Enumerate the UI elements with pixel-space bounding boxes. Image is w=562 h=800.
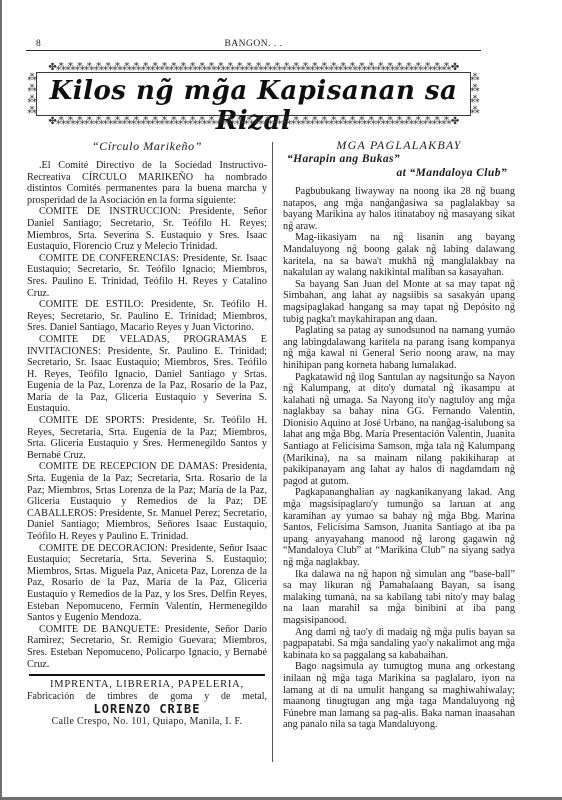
article-paragraph: Pagbubukang liwayway na noong ika 28 ng̃… (283, 186, 515, 232)
ad-address: Calle Crespo, No. 101, Quiapo, Manila, I… (27, 716, 267, 728)
ad-business-name: LORENZO CRIBE (27, 703, 267, 716)
article-paragraph: Ang dami ng̃ tao'y di madaig ng̃ mg̃a pu… (283, 627, 515, 662)
article-paragraph: Bago nagsimula ay tumugtog muna ang orke… (283, 661, 515, 731)
banner-ornament-box: ✤⁂⁂⁂⁂⁂⁂⁂⁂⁂⁂⁂⁂⁂⁂⁂⁂⁂⁂⁂⁂⁂⁂⁂⁂⁂⁂⁂⁂⁂⁂⁂⁂⁂⁂⁂⁂⁂⁂⁂… (26, 62, 481, 128)
page-frame-left (0, 0, 2, 800)
article-paragraph: COMITE DE INSTRUCCION: Presidente, Señor… (27, 206, 267, 252)
article-paragraph: Mag-iikasiyam na ng̃ lisanin ang bayang … (283, 232, 515, 278)
header-rule (26, 50, 481, 51)
article-paragraph: COMITE DE CONFERENCIAS: Presidente, Sr. … (27, 253, 267, 299)
ad-services: IMPRENTA, LIBRERIA, PAPELERIA, (27, 679, 267, 691)
running-head: 8 BANGON. . . (26, 36, 481, 50)
article-circulo-marikeno: “Círculo Marikeño” .El Comité Directivo … (27, 138, 267, 728)
article-subtitle: at “Mandaloya Club” (283, 166, 515, 180)
ornament-border-bottom-icon: ✤⁂⁂⁂⁂⁂⁂⁂⁂⁂⁂⁂⁂⁂⁂⁂⁂⁂⁂⁂⁂⁂⁂⁂⁂⁂⁂⁂⁂⁂⁂⁂⁂⁂⁂⁂⁂⁂⁂⁂… (26, 116, 481, 128)
column-divider (272, 142, 273, 762)
article-paragraph: Ika dalawa na ng̃ hapon ng̃ simulan ang … (283, 569, 515, 627)
article-paragraph: COMITE DE VELADAS, PROGRAMAS E INVITACIO… (27, 334, 267, 415)
article-paragraph: Sa bayang San Juan del Monte at sa may t… (283, 279, 515, 325)
publication-name: BANGON. . . (26, 39, 481, 49)
article-paragraph: Pagkatawid ng̃ ilog Santulan ay nagsitun… (283, 372, 515, 488)
ornament-border-right-icon: ⁂ ⁂ ⁂ ⁂ (470, 72, 480, 116)
article-paragraph: Paglating sa patag ay sunodsunod na nama… (283, 325, 515, 371)
article-paragraph: COMITE DE RECEPCION DE DAMAS: Presidenta… (27, 461, 267, 542)
advertisement: IMPRENTA, LIBRERIA, PAPELERIA, Fabricaci… (27, 679, 267, 728)
article-subtitle: “Harapin ang Bukas” (283, 152, 515, 166)
article-paragraph: Pagkapananghalian ay nagkanikanyang laka… (283, 487, 515, 568)
advertisement-rule (29, 674, 265, 676)
article-paragraph: COMITE DE SPORTS: Presidente, Sr. Teófil… (27, 415, 267, 461)
article-paragraph: COMITE DE DECORACION: Presidente, Señor … (27, 543, 267, 624)
article-paragraph: COMITE DE BANQUETE: Presidente, Señor Da… (27, 624, 267, 670)
article-title: MGA PAGLALAKBAY (283, 138, 515, 152)
article-mga-paglalakbay: MGA PAGLALAKBAY “Harapin ang Bukas” at “… (283, 138, 515, 731)
article-paragraph: .El Comité Directivo de la Sociedad Inst… (27, 160, 267, 206)
article-paragraph: COMITE DE ESTILO: Presidente, Sr. Teófil… (27, 299, 267, 334)
article-title: “Círculo Marikeño” (27, 138, 267, 154)
